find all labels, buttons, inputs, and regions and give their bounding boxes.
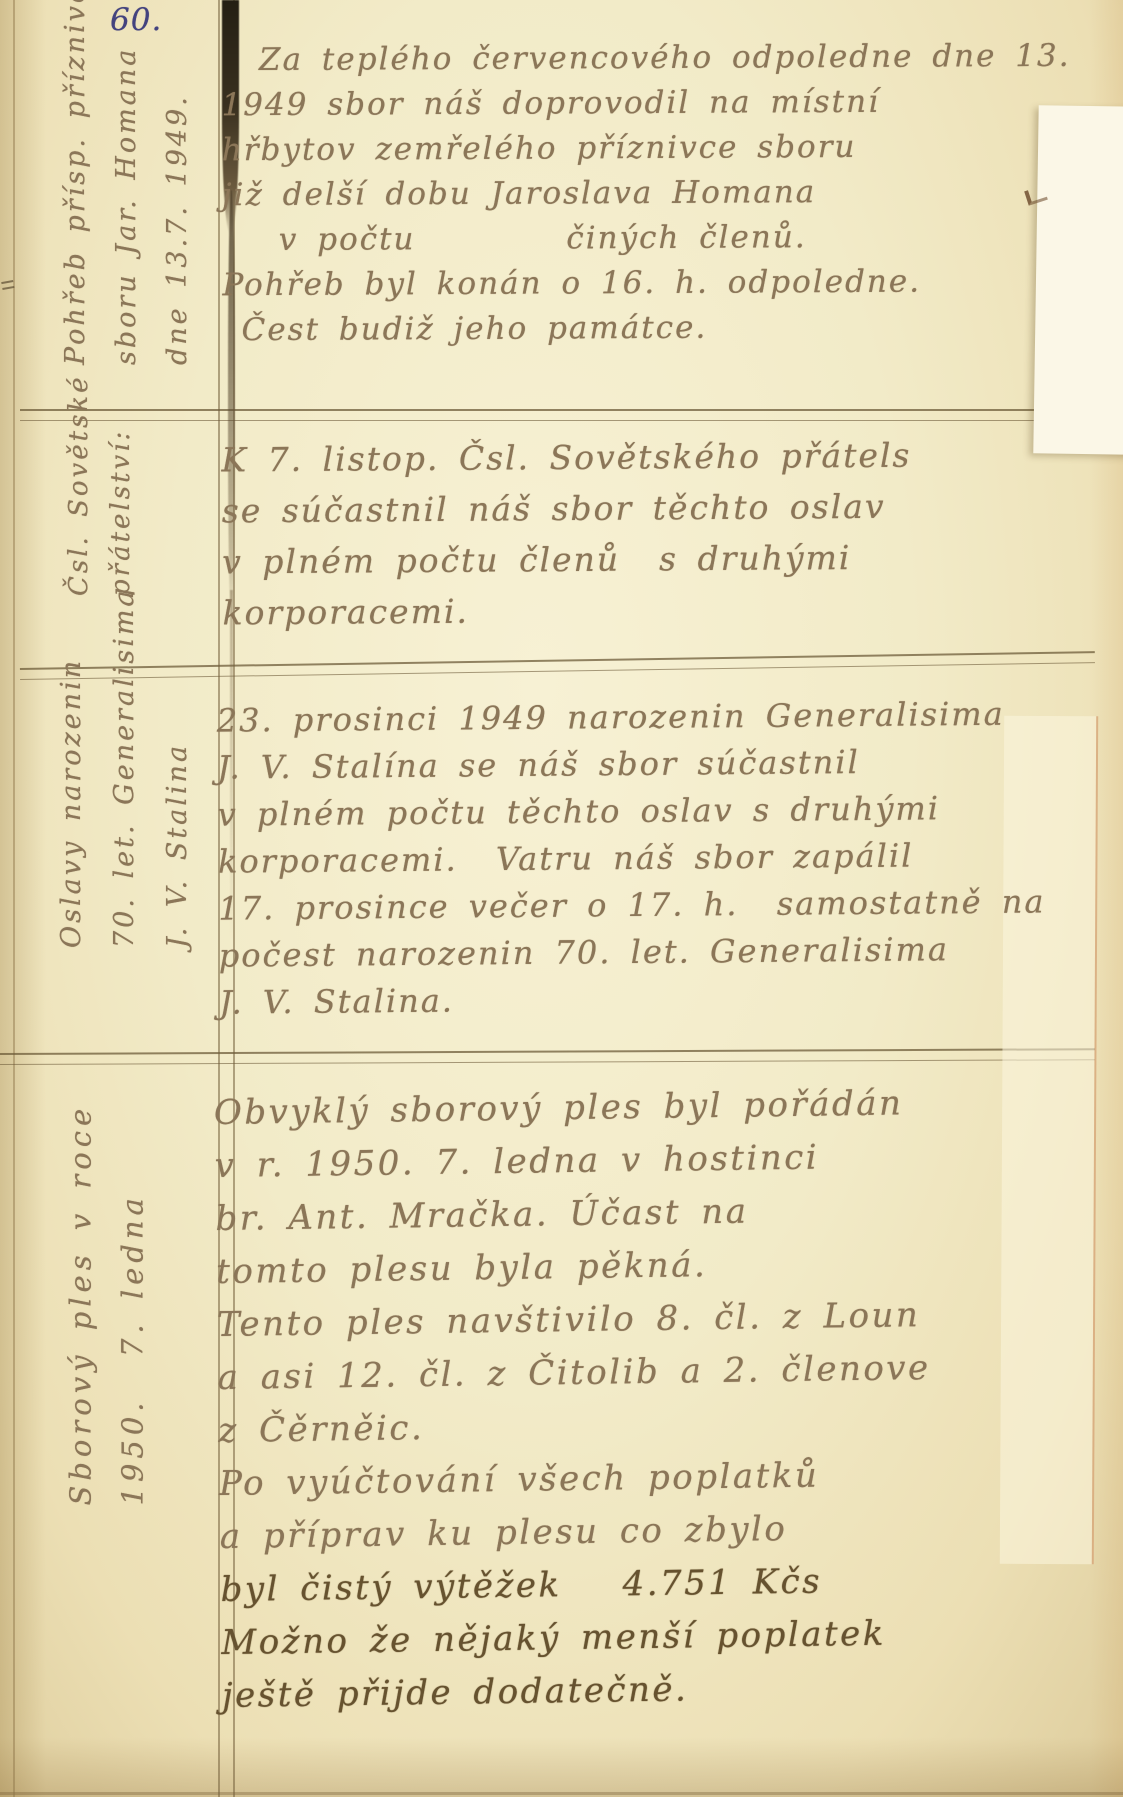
handwritten-line: již delší dobu Jaroslava Homana — [222, 169, 1072, 218]
handwritten-line: v plném počtu těchto oslav s druhými — [217, 784, 1044, 838]
paper-left-edge-line — [13, 0, 15, 1797]
paper-edge-shading-bottom — [0, 1737, 1123, 1797]
handwritten-line: J. V. Stalína se náš sbor súčastnil — [217, 737, 1044, 791]
chronicle-entry-brigade-ball: Obvyklý sborový ples byl pořádánv r. 195… — [214, 1077, 936, 1723]
handwritten-line: Čest budiž jeho památce. — [223, 304, 1073, 353]
handwritten-line: a asi 12. čl. z Čitolib a 2. členove — [217, 1342, 931, 1405]
handwritten-line: počest narozenin 70. let. Generalisima — [219, 925, 1046, 979]
handwritten-line: Oslavy narozenin — [45, 618, 98, 948]
handwritten-line: sboru Jar. Homana — [101, 10, 152, 365]
chronicle-entry-funeral: Za teplého červencového odpoledne dne 13… — [221, 34, 1072, 353]
margin-note-stalin-birthday: Oslavy narozenin70. let. GeneralisimaJ. … — [45, 618, 205, 948]
margin-note-soviet-friendship: Čsl. Sovětsképřátelství: — [58, 376, 138, 596]
handwritten-line: 23. prosinci 1949 narozenin Generalisima — [217, 690, 1044, 744]
handwritten-line: hřbytov zemřelého příznivce sboru — [222, 124, 1072, 173]
paper-bottom-edge-line — [0, 1792, 1123, 1795]
handwritten-line: Možno že nějaký menší poplatek — [221, 1607, 935, 1670]
chronicle-entry-november-celebration: K 7. listop. Čsl. Sovětského přátelsse s… — [221, 430, 912, 639]
handwritten-line: v plném počtu členů s druhými — [222, 532, 912, 588]
handwritten-line: J. V. Stalina — [151, 618, 204, 948]
chronicle-page: 60. Pohřeb přísp. příznivcesboru Jar. Ho… — [0, 0, 1123, 1797]
handwritten-line: Obvyklý sborový ples byl pořádán — [214, 1077, 928, 1140]
handwritten-line: se súčastnil náš sbor těchto oslav — [222, 481, 912, 537]
handwritten-line: ještě přijde dodatečně. — [222, 1660, 936, 1723]
section-divider-line — [20, 409, 1045, 421]
margin-note-funeral: Pohřeb přísp. příznivcesboru Jar. Homana… — [50, 10, 205, 365]
handwritten-line: Pohřeb přísp. příznivce — [50, 10, 101, 365]
handwritten-line: 1950. 7. ledna — [107, 956, 159, 1506]
handwritten-line: Za teplého červencového odpoledne dne 13… — [221, 34, 1071, 83]
handwritten-line: přátelství: — [100, 376, 142, 596]
handwritten-line: korporacemi. — [222, 583, 912, 639]
section-divider-line — [0, 1048, 1095, 1065]
handwritten-line: Pohřeb byl konán o 16. h. odpoledne. — [222, 259, 1072, 308]
handwritten-line: 70. let. Generalisima — [98, 618, 151, 948]
margin-equals-mark — [1, 280, 15, 292]
chronicle-entry-stalin-birthday: 23. prosinci 1949 narozenin Generalisima… — [217, 690, 1047, 1026]
handwritten-line: Sborový ples v roce — [55, 956, 107, 1506]
handwritten-line: K 7. listop. Čsl. Sovětského přátels — [221, 430, 911, 486]
margin-note-brigade-ball: Sborový ples v roce1950. 7. ledna — [55, 956, 160, 1506]
handwritten-line: J. V. Stalina. — [219, 972, 1046, 1026]
handwritten-line: korporacemi. Vatru náš sbor zapálil — [218, 831, 1045, 885]
handwritten-line: dne 13.7. 1949. — [152, 10, 203, 365]
handwritten-line: 1949 sbor náš doprovodil na místní — [221, 79, 1071, 128]
handwritten-line: 17. prosince večer o 17. h. samostatně n… — [218, 878, 1045, 932]
paper-edge-shading-left — [0, 0, 46, 1797]
handwritten-line: v počtu činých členů. — [222, 214, 1072, 263]
handwritten-line: Čsl. Sovětské — [58, 376, 100, 596]
